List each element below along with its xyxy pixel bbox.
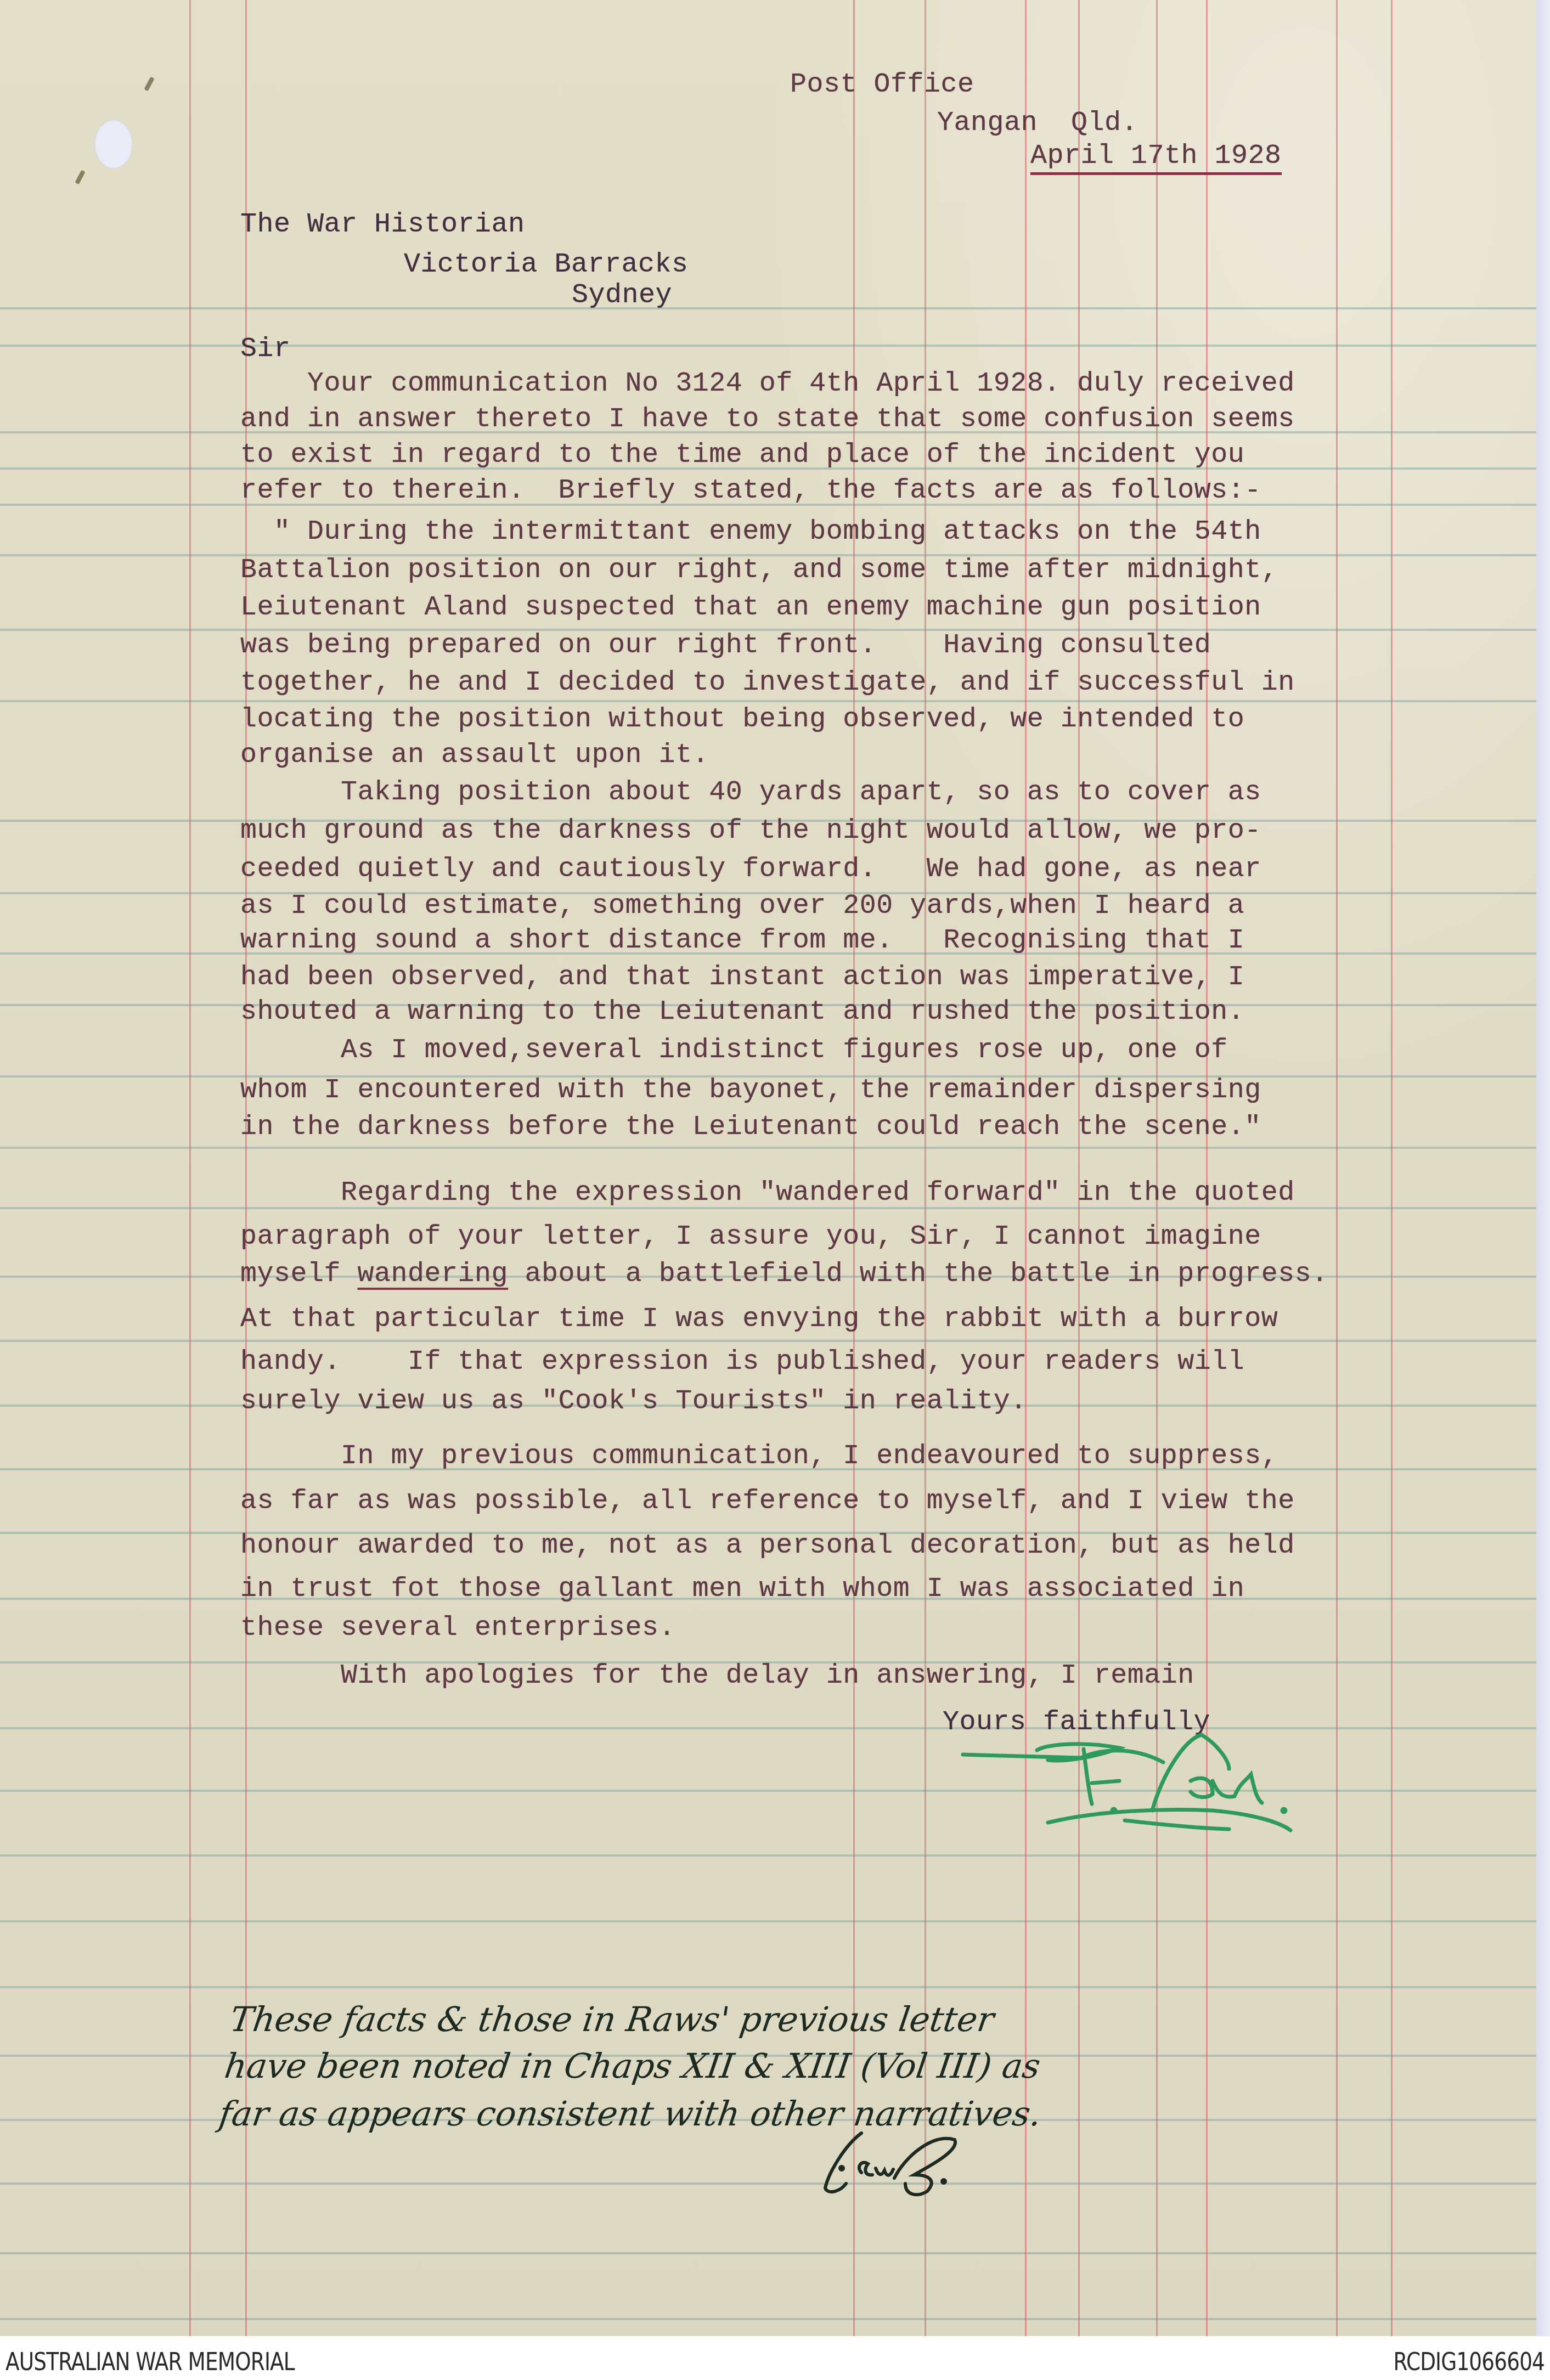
rust-mark [144, 77, 154, 92]
body-line: handy. If that expression is published, … [240, 1349, 1244, 1376]
ruled-line [0, 1727, 1536, 1729]
body-line: Regarding the expression "wandered forwa… [240, 1180, 1295, 1207]
column-rule [853, 0, 855, 2336]
annotation-initials-cewb [818, 2129, 982, 2200]
ruled-line [0, 1920, 1536, 1922]
annotation-line: These facts & those in Raws' previous le… [228, 2003, 996, 2037]
margin-rule [189, 0, 191, 2336]
text-segment: about a battlefield with the battle in p… [508, 1259, 1328, 1290]
punch-hole [94, 120, 133, 169]
body-line: organise an assault upon it. [240, 742, 709, 769]
ruled-line [0, 700, 1536, 702]
sender-address-line1: Post Office [790, 71, 974, 99]
body-line: paragraph of your letter, I assure you, … [240, 1223, 1261, 1251]
body-line: locating the position without being obse… [240, 706, 1244, 734]
body-line: these several enterprises. [240, 1615, 675, 1642]
column-rule [1156, 0, 1158, 2336]
scan-edge [1536, 0, 1550, 2336]
ruled-line [0, 1986, 1536, 1988]
body-line: honour awarded to me, not as a personal … [240, 1532, 1295, 1560]
body-line: ceeded quietly and cautiously forward. W… [240, 856, 1261, 883]
annotation-line: have been noted in Chaps XII & XIII (Vol… [223, 2049, 1042, 2083]
body-line: Your communication No 3124 of 4th April … [240, 370, 1295, 398]
column-rule [1025, 0, 1027, 2336]
body-line: As I moved,several indistinct figures ro… [240, 1037, 1228, 1064]
body-line: warning sound a short distance from me. … [240, 927, 1244, 955]
recipient-line2: Victoria Barracks [404, 251, 689, 279]
signature-f-raws [955, 1728, 1306, 1832]
body-line: surely view us as "Cook's Tourists" in r… [240, 1388, 1027, 1415]
ruled-line [0, 2182, 1536, 2185]
annotation-line: far as appears consistent with other nar… [217, 2097, 1044, 2131]
archive-name: AUSTRALIAN WAR MEMORIAL [5, 2348, 295, 2376]
ruled-line [0, 1854, 1536, 1857]
body-line: had been observed, and that instant acti… [240, 964, 1244, 991]
ruled-line [0, 345, 1536, 347]
sender-address-line2: Yangan Qld. [937, 110, 1138, 137]
ruled-line [0, 307, 1536, 309]
rust-mark [75, 170, 85, 185]
ruled-line [0, 1340, 1536, 1342]
closing-line: With apologies for the delay in answerin… [240, 1662, 1194, 1690]
body-line: much ground as the darkness of the night… [240, 817, 1261, 845]
body-line: refer to therein. Briefly stated, the fa… [240, 477, 1261, 505]
column-rule [1078, 0, 1080, 2336]
recipient-line3: Sydney [572, 282, 672, 309]
letter-paper: Post Office Yangan Qld. April 17th 1928 … [0, 0, 1536, 2336]
body-line: as far as was possible, all reference to… [240, 1488, 1295, 1515]
underlined-word: wandering [358, 1259, 509, 1290]
body-line: in trust fot those gallant men with whom… [240, 1576, 1244, 1603]
ruled-line [0, 1147, 1536, 1149]
recipient-line1: The War Historian [240, 211, 525, 239]
body-line: Taking position about 40 yards apart, so… [240, 779, 1261, 807]
body-line: whom I encountered with the bayonet, the… [240, 1077, 1261, 1104]
body-line: was being prepared on our right front. H… [240, 632, 1211, 659]
ruled-line [0, 2318, 1536, 2320]
column-rule [1391, 0, 1393, 2336]
body-line: together, he and I decided to investigat… [240, 669, 1295, 697]
text-segment: myself [240, 1259, 358, 1290]
body-line: In my previous communication, I endeavou… [240, 1443, 1278, 1470]
body-line: At that particular time I was envying th… [240, 1306, 1278, 1333]
ruled-line [0, 2252, 1536, 2254]
body-line: shouted a warning to the Leiutenant and … [240, 999, 1244, 1026]
ruled-line [0, 1790, 1536, 1792]
body-line: and in answer thereto I have to state th… [240, 406, 1295, 433]
salutation: Sir [240, 336, 291, 363]
body-line: " During the intermittant enemy bombing … [240, 518, 1261, 546]
body-line: to exist in regard to the time and place… [240, 442, 1244, 469]
body-line-with-underline: myself wandering about a battlefield wit… [240, 1261, 1328, 1288]
letter-date: April 17th 1928 [1030, 143, 1282, 175]
body-line: as I could estimate, something over 200 … [240, 893, 1244, 920]
archive-record-id: RCDIG1066604 [1394, 2348, 1545, 2376]
body-line: Battalion position on our right, and som… [240, 557, 1278, 584]
archive-footer: AUSTRALIAN WAR MEMORIAL RCDIG1066604 [0, 2336, 1550, 2380]
column-rule [1336, 0, 1338, 2336]
body-line: in the darkness before the Leiutenant co… [240, 1114, 1261, 1141]
body-line: Leiutenant Aland suspected that an enemy… [240, 594, 1261, 622]
column-rule [925, 0, 926, 2336]
column-rule [1206, 0, 1208, 2336]
